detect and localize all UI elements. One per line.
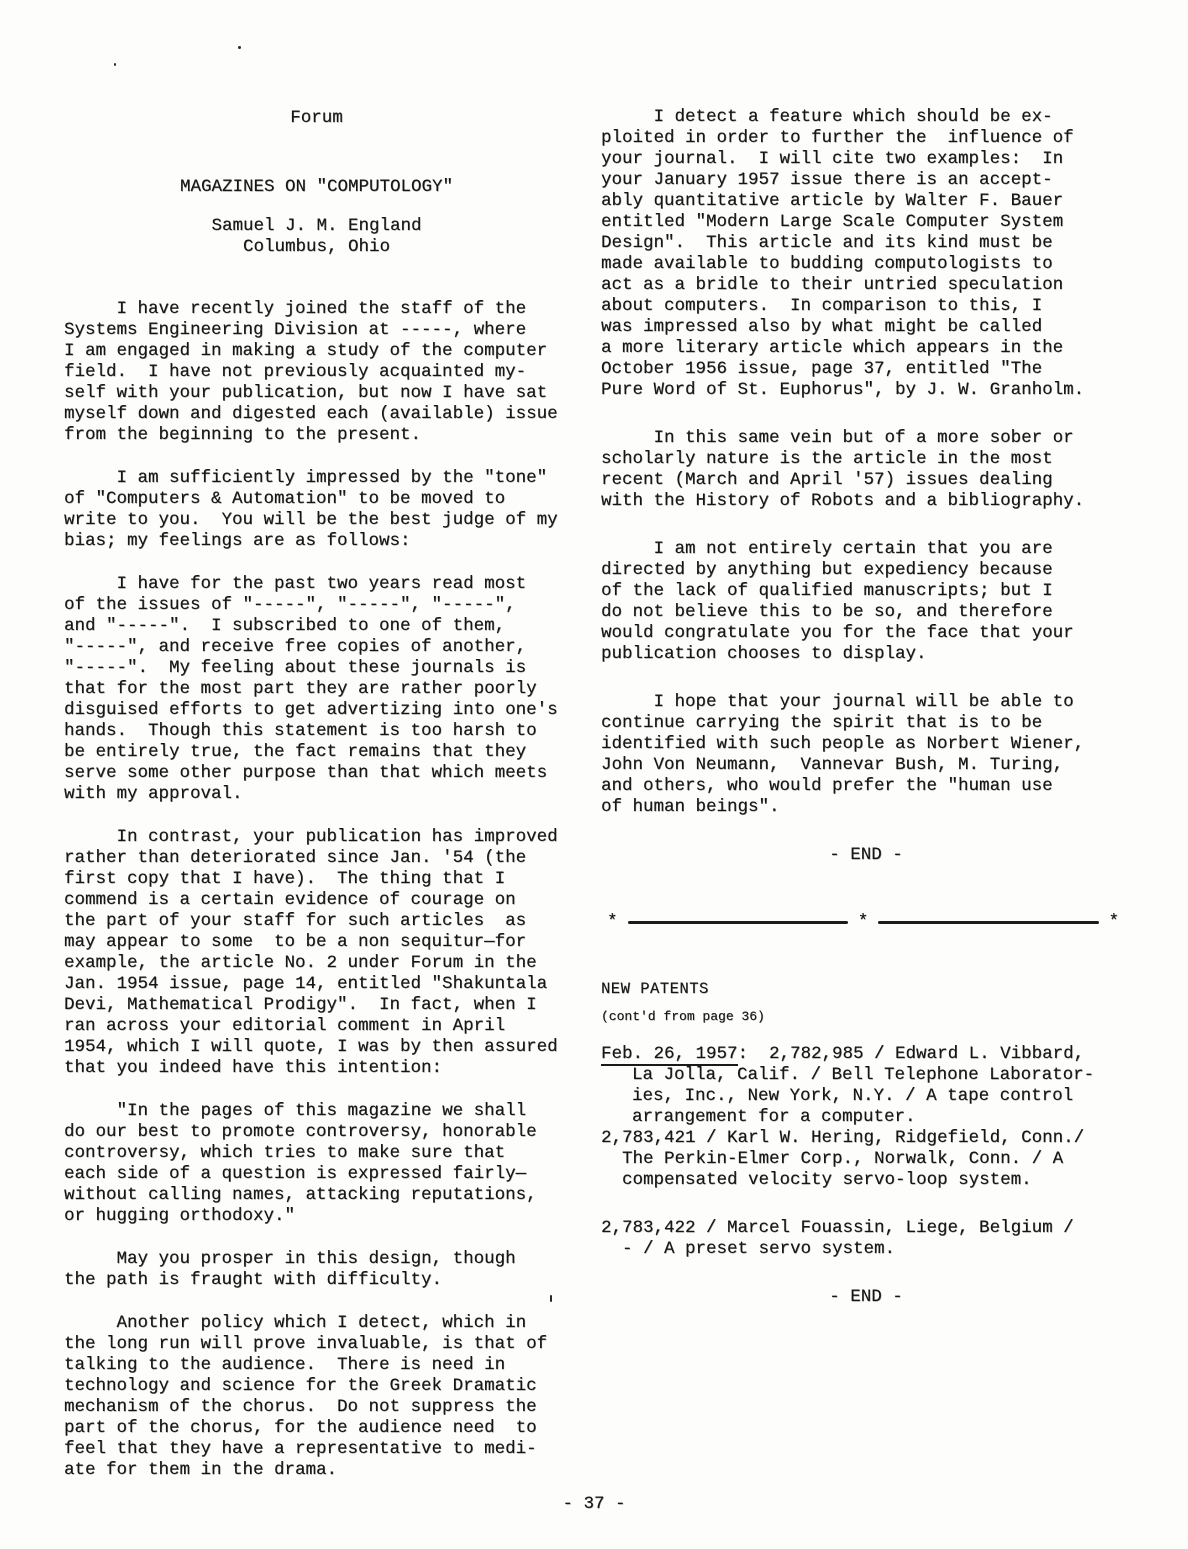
left-column: Forum MAGAZINES ON "COMPUTOLOGY" Samuel … — [64, 108, 569, 1503]
paragraph: I am sufficiently impressed by the "tone… — [64, 468, 569, 552]
patents-heading: NEW PATENTS — [601, 979, 1131, 1000]
patent-list: Feb. 26, 1957: 2,782,985 / Edward L. Vib… — [601, 1044, 1131, 1260]
asterisk-glyph: * — [605, 912, 620, 933]
paragraph: In this same vein but of a more sober or… — [601, 428, 1131, 512]
scan-speck — [238, 46, 241, 49]
author-name: Samuel J. M. England — [64, 216, 569, 237]
divider-line — [878, 921, 1098, 924]
new-patents-section: NEW PATENTS (cont'd from page 36) Feb. 2… — [601, 979, 1131, 1308]
article-title: MAGAZINES ON "COMPUTOLOGY" — [64, 177, 569, 198]
paragraph: May you prosper in this design, though t… — [64, 1249, 569, 1291]
paragraph: I have recently joined the staff of the … — [64, 299, 569, 446]
section-kicker: Forum — [64, 108, 569, 129]
quoted-paragraph: "In the pages of this magazine we shall … — [64, 1101, 569, 1227]
end-marker: - END - — [601, 1287, 1131, 1308]
patent-entry: Feb. 26, 1957: 2,782,985 / Edward L. Vib… — [601, 1044, 1131, 1128]
paragraph: In contrast, your publication has improv… — [64, 827, 569, 1079]
right-column: I detect a feature which should be ex- p… — [601, 107, 1131, 1308]
patent-entry: 2,783,421 / Karl W. Hering, Ridgefield, … — [601, 1128, 1131, 1191]
end-marker: - END - — [601, 845, 1131, 866]
page-number: - 37 - — [0, 1494, 1188, 1515]
section-divider: * * * — [605, 912, 1121, 933]
paragraph: I am not entirely certain that you are d… — [601, 539, 1131, 665]
asterisk-glyph: * — [856, 912, 871, 933]
scanned-magazine-page: Forum MAGAZINES ON "COMPUTOLOGY" Samuel … — [0, 0, 1188, 1549]
patent-date: Feb. 26, 1957 — [601, 1044, 738, 1066]
paragraph: I hope that your journal will be able to… — [601, 692, 1131, 818]
patents-continued-note: (cont'd from page 36) — [601, 1006, 1131, 1027]
author-location: Columbus, Ohio — [64, 237, 569, 258]
scan-speck — [114, 63, 116, 66]
paragraph: Another policy which I detect, which in … — [64, 1313, 569, 1481]
scan-speck — [550, 1295, 552, 1302]
patent-entry: 2,783,422 / Marcel Fouassin, Liege, Belg… — [601, 1218, 1131, 1260]
asterisk-glyph: * — [1107, 912, 1122, 933]
paragraph: I have for the past two years read most … — [64, 574, 569, 805]
paragraph: I detect a feature which should be ex- p… — [601, 107, 1131, 401]
divider-line — [628, 921, 848, 924]
